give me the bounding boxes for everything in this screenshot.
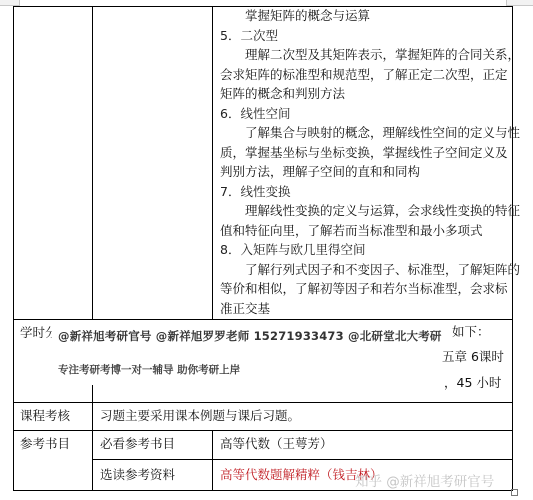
row-divider (13, 319, 513, 320)
overlay-watermark-slogan: 专注考研考博一对一辅导 助你考研上岸 (58, 362, 240, 377)
row-divider (93, 459, 513, 460)
syllabus-line: 理解二次型及其矩阵表示，掌握矩阵的合同关系， (220, 45, 510, 65)
column-divider (92, 385, 93, 491)
syllabus-line: 准正交基 (220, 299, 510, 319)
syllabus-line: 矩阵的概念和判别方法 (220, 84, 510, 104)
column-divider (92, 6, 93, 319)
assessment-value: 习题主要采用课本例题与课后习题。 (100, 406, 300, 426)
syllabus-line: 掌握矩阵的概念与运算 (220, 6, 510, 26)
syllabus-line: 等价和相似，了解初等因子和若尔当标准型，会求标 (220, 279, 510, 299)
row-divider (13, 402, 513, 403)
table-border-left (13, 6, 14, 491)
hours-line: ，45 小时 (444, 373, 501, 393)
section-heading: 6．线性空间 (220, 104, 510, 124)
section-heading: 7．线性变换 (220, 182, 510, 202)
column-divider (212, 6, 213, 319)
required-books-label: 必看参考书目 (100, 434, 175, 454)
row-divider (13, 430, 513, 431)
optional-books-label: 选读参考资料 (100, 465, 175, 485)
hours-label: 学时分 (20, 323, 52, 343)
syllabus-line: 会求矩阵的标准型和规范型，了解正定二次型，正定 (220, 65, 510, 85)
table-resize-handle[interactable] (511, 489, 518, 496)
required-books-value: 高等代数（王萼芳） (220, 434, 333, 454)
syllabus-line: 理解线性变换的定义与运算，会求线性变换的特征 (220, 201, 510, 221)
syllabus-line: 值和特征向里，了解若而当标准型和最小多项式 (220, 221, 510, 241)
hours-line: 五章 6课时 (442, 347, 510, 367)
hours-line: 如下： (452, 322, 490, 342)
syllabus-line: 判别方法，理解子空间的直和和同构 (220, 162, 510, 182)
syllabus-line: 了解集合与映射的概念，理解线性空间的定义与性 (220, 123, 510, 143)
table-border-right (512, 6, 513, 491)
table-border-bottom (13, 490, 513, 491)
syllabus-line: 质，掌握基坐标与坐标变换，掌握线性子空间定义及 (220, 143, 510, 163)
overlay-watermark-contacts: @新祥旭考研官号 @新祥旭罗罗老师 15271933473 @北研堂北大考研 (58, 328, 442, 344)
section-heading: 8．入矩阵与欧几里得空间 (220, 240, 510, 260)
syllabus-content: 掌握矩阵的概念与运算 5．二次型 理解二次型及其矩阵表示，掌握矩阵的合同关系， … (220, 6, 510, 318)
zhihu-watermark: 知乎 @新祥旭考研官号 (355, 470, 494, 490)
assessment-label: 课程考核 (20, 406, 70, 426)
references-label: 参考书目 (20, 434, 70, 454)
column-divider (212, 430, 213, 491)
section-heading: 5．二次型 (220, 26, 510, 46)
syllabus-line: 了解行列式因子和不变因子、标准型，了解矩阵的 (220, 260, 510, 280)
